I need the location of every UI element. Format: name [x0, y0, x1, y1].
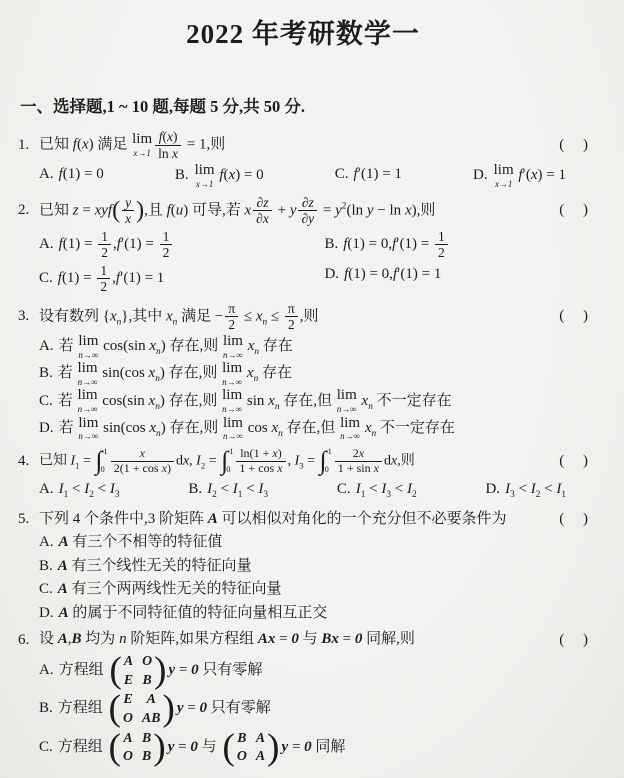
question-stem: 4.已知 I1 = ∫10x2(1 + cos x)dx, I2 = ∫10ln… [18, 447, 588, 476]
subscript: 1 [238, 490, 243, 500]
option-text: f(1) = 12,f′(1) = 12 [59, 236, 175, 252]
matrix: (BAOA) [222, 729, 279, 766]
denominator: 2 [225, 317, 238, 333]
matrix-entry: B [237, 729, 247, 748]
math-bold-symbol: y [177, 700, 184, 716]
limit: limx→1 [132, 132, 152, 158]
option-text: f(1) = 0,f′(1) = 12 [343, 236, 450, 252]
math-var: x [245, 202, 252, 218]
math-var: x [82, 136, 89, 152]
denominator: 2 [435, 245, 448, 261]
math-var: f [59, 166, 63, 182]
math-bold-symbol: B [72, 631, 82, 647]
option-text: 方程组 (EAOAB)y = 0 只有零解 [58, 700, 271, 716]
integral-upper: 1 [104, 448, 108, 456]
question-text: 已知 I1 = ∫10x2(1 + cos x)dx, I2 = ∫10ln(1… [39, 447, 553, 476]
matrix-entry: A [256, 747, 265, 766]
fraction: π2 [285, 301, 298, 333]
subscript: 3 [115, 490, 120, 500]
subscript: 3 [510, 490, 515, 500]
integral-lower: 0 [226, 466, 233, 474]
limit-word: lim [223, 334, 243, 350]
numerator: 1 [435, 229, 448, 246]
option-label: B. [39, 700, 53, 716]
subscript: n [155, 374, 160, 384]
question: 1.已知 f(x) 满足 limx→1f(x)ln x = 1,则( )A.f(… [18, 129, 588, 190]
limit: limn→∞ [340, 416, 360, 442]
math-var: x [391, 453, 397, 468]
limit: limn→∞ [78, 416, 98, 442]
subscript: 2 [201, 460, 205, 470]
matrix-entry: A [124, 652, 133, 671]
fraction: f(x)ln x [155, 129, 181, 161]
option: D.I3 < I2 < I1 [485, 478, 566, 503]
page-title: 2022 年考研数学一 [18, 12, 588, 51]
option-label: B. [324, 236, 338, 252]
option: A.A 有三个不相等的特征值 [39, 531, 588, 554]
question-number: 4. [18, 453, 39, 470]
math-var: f [117, 236, 121, 252]
subscript: n [278, 429, 283, 439]
subscript: n [173, 317, 178, 327]
integral-bounds: 10 [228, 448, 233, 474]
subscript: n [254, 347, 259, 357]
option-label: C. [39, 393, 53, 409]
math-bold-symbol: A [58, 558, 68, 574]
subscript: 1 [75, 460, 79, 470]
fraction: ln(1 + x)1 + cos x [236, 447, 285, 476]
question-stem: 6.设 A,B 均为 n 阶矩阵,如果方程组 Ax = 0 与 Bx = 0 同… [18, 629, 588, 651]
denominator: 2 [97, 279, 110, 295]
options: A.方程组 (AOEB)y = 0 只有零解B.方程组 (EAOAB)y = 0… [39, 652, 588, 766]
question-text: 设有数列 {xn},其中 xn 满足 −π2 ≤ xn ≤ π2,则 [39, 301, 553, 333]
question-text: 已知 f(x) 满足 limx→1f(x)ln x = 1,则 [39, 129, 553, 161]
math-bold-symbol: A [208, 511, 218, 527]
option-label: D. [324, 266, 339, 282]
math-var: y [308, 211, 314, 226]
math-var: x [359, 446, 364, 460]
denominator: 2 [98, 245, 111, 261]
subscript: n [263, 317, 268, 327]
limit: limn→∞ [222, 361, 242, 387]
numerator: y [122, 195, 134, 212]
option-label: A. [39, 338, 54, 354]
option-label: C. [337, 481, 351, 497]
math-var: f [354, 166, 358, 182]
limit-word: lim [78, 361, 98, 377]
math-var: x [183, 453, 189, 468]
question-number: 5. [18, 511, 39, 528]
limit-word: lim [223, 416, 243, 432]
math-var: f [393, 266, 397, 282]
limit-subscript: x→1 [495, 180, 513, 189]
numerator: ln(1 + x) [236, 447, 285, 462]
subscript: 2 [412, 490, 417, 500]
option: A.I1 < I2 < I3 [39, 478, 120, 503]
math-var: f [344, 266, 348, 282]
options: A.A 有三个不相等的特征值B.A 有三个线性无关的特征向量C.A 有三个两两线… [39, 531, 588, 624]
option: D.f(1) = 0,f′(1) = 1 [324, 263, 588, 295]
math-var: x [229, 167, 236, 183]
math-var: f [116, 270, 120, 286]
integral-upper: 1 [328, 448, 332, 456]
subscript: 2 [89, 490, 94, 500]
limit-subscript: n→∞ [78, 351, 98, 360]
math-var: x [531, 167, 538, 183]
option-text: A 的属于不同特征值的特征向量相互正交 [59, 605, 328, 621]
option-label: B. [188, 481, 202, 497]
option-text: 方程组 (AOEB)y = 0 只有零解 [59, 662, 263, 678]
option-label: D. [485, 481, 500, 497]
integral-bounds: 10 [103, 448, 108, 474]
matrix-entry: A [142, 690, 160, 709]
option-text: limx→1 f(x) = 0 [194, 167, 264, 183]
question: 3.设有数列 {xn},其中 xn 满足 −π2 ≤ xn ≤ π2,则( )A… [18, 301, 588, 442]
limit: limn→∞ [78, 361, 98, 387]
math-var: x [256, 308, 263, 324]
numerator: 1 [97, 263, 110, 280]
matrix-entry: B [142, 747, 151, 766]
question-stem: 2.已知 z = xyf(yx),且 f(u) 可导,若 x∂z∂x + y∂z… [18, 195, 588, 227]
limit-subscript: n→∞ [223, 351, 243, 360]
fraction: yx [122, 195, 134, 227]
math-var: z [73, 202, 79, 218]
matrix-entries: EAOAB [121, 690, 162, 727]
math-var: y [125, 195, 131, 210]
numerator: π [285, 301, 298, 318]
answer-bracket: ( ) [559, 308, 588, 325]
option-label: A. [39, 534, 54, 550]
math-bold-symbol: 0 [291, 631, 299, 647]
denominator: ln x [155, 146, 181, 162]
integral: ∫10 [320, 448, 332, 474]
subscript: n [254, 374, 259, 384]
question-text: 下列 4 个条件中,3 阶矩阵 A 可以相似对角化的一个充分但不必要条件为 [39, 509, 553, 531]
math-var: x [374, 461, 379, 475]
subscript: 1 [64, 490, 69, 500]
math-var: f [59, 236, 63, 252]
answer-bracket: ( ) [559, 453, 588, 470]
math-bold-symbol: A [58, 581, 68, 597]
matrix-paren-right: ) [153, 734, 166, 761]
question-stem: 3.设有数列 {xn},其中 xn 满足 −π2 ≤ xn ≤ π2,则( ) [18, 301, 588, 333]
options: A.f(1) = 0B.limx→1 f(x) = 0C.f′(1) = 1D.… [39, 162, 566, 190]
question-text: 已知 z = xyf(yx),且 f(u) 可导,若 x∂z∂x + y∂z∂y… [39, 195, 553, 227]
limit-word: lim [195, 163, 215, 179]
option-text: 若 limn→∞ cos(sin xn) 存在,则 limn→∞ xn 存在 [59, 338, 293, 354]
math-var: f [518, 167, 522, 183]
math-var: x [167, 129, 173, 144]
subscript: n [156, 347, 161, 357]
fraction: 12 [97, 263, 110, 295]
subscript: 2 [536, 490, 541, 500]
question: 5.下列 4 个条件中,3 阶矩阵 A 可以相似对角化的一个充分但不必要条件为(… [18, 509, 588, 625]
numerator: 1 [160, 229, 173, 246]
limit-word: lim [78, 334, 98, 350]
question-stem: 1.已知 f(x) 满足 limx→1f(x)ln x = 1,则( ) [18, 129, 588, 161]
math-var: f [219, 167, 223, 183]
limit-word: lim [494, 163, 514, 179]
limit-subscript: n→∞ [78, 405, 98, 414]
subscript: n [372, 429, 377, 439]
option: B.limx→1 f(x) = 0 [175, 163, 264, 189]
math-var: xyf [95, 202, 112, 218]
integral-lower: 0 [101, 466, 108, 474]
subscript: 3 [299, 460, 303, 470]
question: 6.设 A,B 均为 n 阶矩阵,如果方程组 Ax = 0 与 Bx = 0 同… [18, 629, 588, 766]
math-bold-symbol: 0 [304, 739, 312, 755]
limit: limn→∞ [223, 334, 243, 360]
subscript: n [117, 317, 122, 327]
section-header: 一、选择题,1 ~ 10 题,每题 5 分,共 50 分. [20, 93, 588, 117]
denominator: ∂y [298, 211, 317, 227]
math-var: x [268, 393, 275, 409]
math-bold-symbol: Bx [321, 631, 339, 647]
integral-upper: 1 [229, 448, 233, 456]
numerator: x [111, 447, 174, 462]
question-number: 2. [18, 202, 39, 219]
fraction: ∂z∂y [298, 195, 317, 227]
matrix-entries: ABOB [121, 729, 153, 766]
option-text: limx→1 f′(x) = 1 [493, 167, 566, 183]
math-var: x [247, 365, 254, 381]
option: C.方程组 (ABOB)y = 0 与 (BAOA)y = 0 同解 [39, 729, 588, 766]
math-var: z [263, 195, 268, 210]
fraction: 12 [98, 229, 111, 261]
option-label: C. [39, 581, 53, 597]
numerator: f(x) [155, 129, 181, 146]
limit: limx→1 [494, 163, 514, 189]
question: 2.已知 z = xyf(yx),且 f(u) 可导,若 x∂z∂x + y∂z… [18, 195, 588, 296]
matrix-entry: O [123, 747, 133, 766]
options: A.f(1) = 12,f′(1) = 12B.f(1) = 0,f′(1) =… [39, 228, 588, 296]
limit: limn→∞ [337, 388, 357, 414]
math-var: z [309, 195, 314, 210]
limit: limx→1 [195, 163, 215, 189]
option: A.f(1) = 12,f′(1) = 12 [39, 229, 324, 261]
option-text: I3 < I2 < I1 [505, 481, 566, 497]
limit-subscript: n→∞ [337, 405, 357, 414]
question-stem: 5.下列 4 个条件中,3 阶矩阵 A 可以相似对角化的一个充分但不必要条件为(… [18, 509, 588, 531]
option-text: A 有三个不相等的特征值 [59, 534, 223, 550]
limit-subscript: n→∞ [340, 432, 360, 441]
option-label: A. [39, 236, 54, 252]
answer-bracket: ( ) [559, 202, 588, 219]
option: D.A 的属于不同特征值的特征向量相互正交 [39, 602, 588, 625]
answer-bracket: ( ) [559, 632, 588, 649]
matrix-entry: O [123, 709, 133, 728]
denominator: 2(1 + cos x) [111, 462, 174, 476]
fraction: π2 [225, 301, 238, 333]
option-label: B. [175, 167, 189, 183]
numerator: ∂z [298, 195, 317, 212]
math-bold-symbol: 0 [190, 739, 198, 755]
limit-subscript: n→∞ [223, 432, 243, 441]
numerator: 2x [335, 447, 382, 462]
subscript: 1 [361, 490, 366, 500]
matrix-entries: AOEB [122, 652, 154, 689]
matrix-paren-left: ( [109, 695, 122, 722]
limit-subscript: x→1 [196, 180, 214, 189]
math-var: x [365, 420, 372, 436]
option: A.方程组 (AOEB)y = 0 只有零解 [39, 652, 588, 689]
option-label: B. [39, 365, 53, 381]
superscript: 2 [342, 201, 347, 211]
fraction: 12 [160, 229, 173, 261]
math-var: x [140, 446, 145, 460]
matrix-paren-left: ( [109, 734, 122, 761]
option-text: f(1) = 0 [59, 166, 104, 182]
math-bold-symbol: y [169, 662, 176, 678]
fraction: 12 [435, 229, 448, 261]
option-text: 方程组 (ABOB)y = 0 与 (BAOA)y = 0 同解 [58, 739, 346, 755]
matrix-entry: E [124, 671, 133, 690]
subscript: n [155, 402, 160, 412]
math-var: x [272, 446, 277, 460]
option: C.I1 < I3 < I2 [337, 478, 417, 503]
math-bold-symbol: 0 [355, 631, 363, 647]
numerator: ∂z [253, 195, 272, 212]
matrix: (ABOB) [109, 729, 166, 766]
limit: limn→∞ [223, 416, 243, 442]
denominator: 1 + sin x [335, 462, 382, 476]
fraction: 2x1 + sin x [335, 447, 382, 476]
math-bold-symbol: Ax [258, 631, 276, 647]
subscript: 2 [212, 490, 217, 500]
subscript: n [368, 402, 373, 412]
numerator: 1 [98, 229, 111, 246]
math-bold-symbol: y [282, 739, 289, 755]
limit-subscript: n→∞ [78, 378, 98, 387]
limit-word: lim [337, 388, 357, 404]
math-var: x [162, 461, 167, 475]
matrix-paren-left: ( [109, 657, 122, 684]
option: D.limx→1 f′(x) = 1 [473, 163, 566, 189]
matrix-entry: B [142, 671, 152, 690]
math-var: u [176, 202, 184, 218]
option-label: D. [39, 420, 54, 436]
denominator: ∂x [253, 211, 272, 227]
option-label: C. [335, 166, 349, 182]
fraction: ∂z∂x [253, 195, 272, 227]
question-number: 6. [18, 632, 39, 649]
math-var: x [125, 211, 131, 226]
matrix-entry: AB [142, 709, 160, 728]
limit-subscript: n→∞ [222, 405, 242, 414]
math-var: f [343, 236, 347, 252]
option: B.I2 < I1 < I3 [188, 478, 268, 503]
option-text: A 有三个两两线性无关的特征向量 [58, 581, 282, 597]
answer-bracket: ( ) [559, 511, 588, 528]
math-bold-symbol: A [59, 534, 69, 550]
matrix-entries: BAOA [235, 729, 267, 766]
option-label: D. [473, 167, 488, 183]
option-text: f(1) = 12,f′(1) = 1 [58, 270, 165, 286]
math-bold-symbol: A [58, 631, 68, 647]
question-number: 1. [18, 137, 39, 154]
matrix-entry: O [237, 747, 247, 766]
option: A.若 limn→∞ cos(sin xn) 存在,则 limn→∞ xn 存在 [39, 334, 588, 360]
question-number: 3. [18, 308, 39, 325]
fraction: x2(1 + cos x) [111, 447, 174, 476]
math-bold-symbol: 0 [191, 662, 199, 678]
math-var: y [367, 202, 374, 218]
option-text: I2 < I1 < I3 [207, 481, 268, 497]
math-var: x [263, 211, 269, 226]
option-text: f′(1) = 1 [354, 166, 402, 182]
option: B.A 有三个线性无关的特征向量 [39, 555, 588, 578]
math-var: x [166, 308, 173, 324]
math-var: n [119, 631, 127, 647]
math-bold-symbol: y [168, 739, 175, 755]
matrix: (EAOAB) [109, 690, 175, 727]
option: B.方程组 (EAOAB)y = 0 只有零解 [39, 690, 588, 727]
math-var: f [58, 270, 62, 286]
questions: 1.已知 f(x) 满足 limx→1f(x)ln x = 1,则( )A.f(… [18, 129, 588, 766]
option-text: 若 limn→∞ cos(sin xn) 存在,则 limn→∞ sin xn … [58, 393, 452, 409]
subscript: 3 [386, 490, 391, 500]
math-var: f [159, 129, 163, 144]
limit: limn→∞ [222, 388, 242, 414]
denominator: 1 + cos x [236, 462, 285, 476]
answer-bracket: ( ) [559, 137, 588, 154]
exam-page: 2022 年考研数学一 一、选择题,1 ~ 10 题,每题 5 分,共 50 分… [0, 0, 624, 766]
option: B.f(1) = 0,f′(1) = 12 [324, 229, 588, 261]
option-text: I1 < I3 < I2 [356, 481, 417, 497]
denominator: 2 [285, 317, 298, 333]
option: A.f(1) = 0 [39, 163, 104, 189]
limit: limn→∞ [78, 334, 98, 360]
integral-lower: 0 [325, 466, 332, 474]
limit-subscript: n→∞ [78, 432, 98, 441]
matrix: (AOEB) [109, 652, 166, 689]
limit-subscript: n→∞ [222, 378, 242, 387]
question: 4.已知 I1 = ∫10x2(1 + cos x)dx, I2 = ∫10ln… [18, 447, 588, 504]
limit-subscript: x→1 [133, 149, 151, 158]
limit-word: lim [78, 416, 98, 432]
option-label: C. [39, 270, 53, 286]
option: C.f′(1) = 1 [335, 163, 402, 189]
math-var: f [392, 236, 396, 252]
option: D.若 limn→∞ sin(cos xn) 存在,则 limn→∞ cos x… [39, 416, 588, 442]
denominator: 2 [160, 245, 173, 261]
subscript: n [156, 429, 161, 439]
option-label: C. [39, 739, 53, 755]
option-text: 若 limn→∞ sin(cos xn) 存在,则 limn→∞ xn 存在 [58, 365, 292, 381]
limit-word: lim [222, 361, 242, 377]
math-bold-symbol: 0 [200, 700, 208, 716]
big-paren: ) [136, 197, 144, 223]
matrix-entry: A [123, 729, 133, 748]
option-label: A. [39, 481, 54, 497]
math-bold-symbol: A [59, 605, 69, 621]
matrix-paren-right: ) [154, 657, 167, 684]
math-var: x [277, 461, 282, 475]
option: C.f(1) = 12,f′(1) = 1 [39, 263, 324, 295]
option-text: A 有三个线性无关的特征向量 [58, 558, 252, 574]
matrix-entry: O [142, 652, 152, 671]
numerator: π [225, 301, 238, 318]
limit-word: lim [340, 416, 360, 432]
question-text: 设 A,B 均为 n 阶矩阵,如果方程组 Ax = 0 与 Bx = 0 同解,… [39, 629, 553, 651]
denominator: x [122, 211, 134, 227]
subscript: 3 [263, 490, 268, 500]
limit-word: lim [132, 132, 152, 148]
options: A.若 limn→∞ cos(sin xn) 存在,则 limn→∞ xn 存在… [39, 334, 588, 442]
matrix-paren-right: ) [267, 734, 280, 761]
option-text: f(1) = 0,f′(1) = 1 [344, 266, 441, 282]
option-text: 若 limn→∞ sin(cos xn) 存在,则 limn→∞ cos xn … [59, 420, 455, 436]
